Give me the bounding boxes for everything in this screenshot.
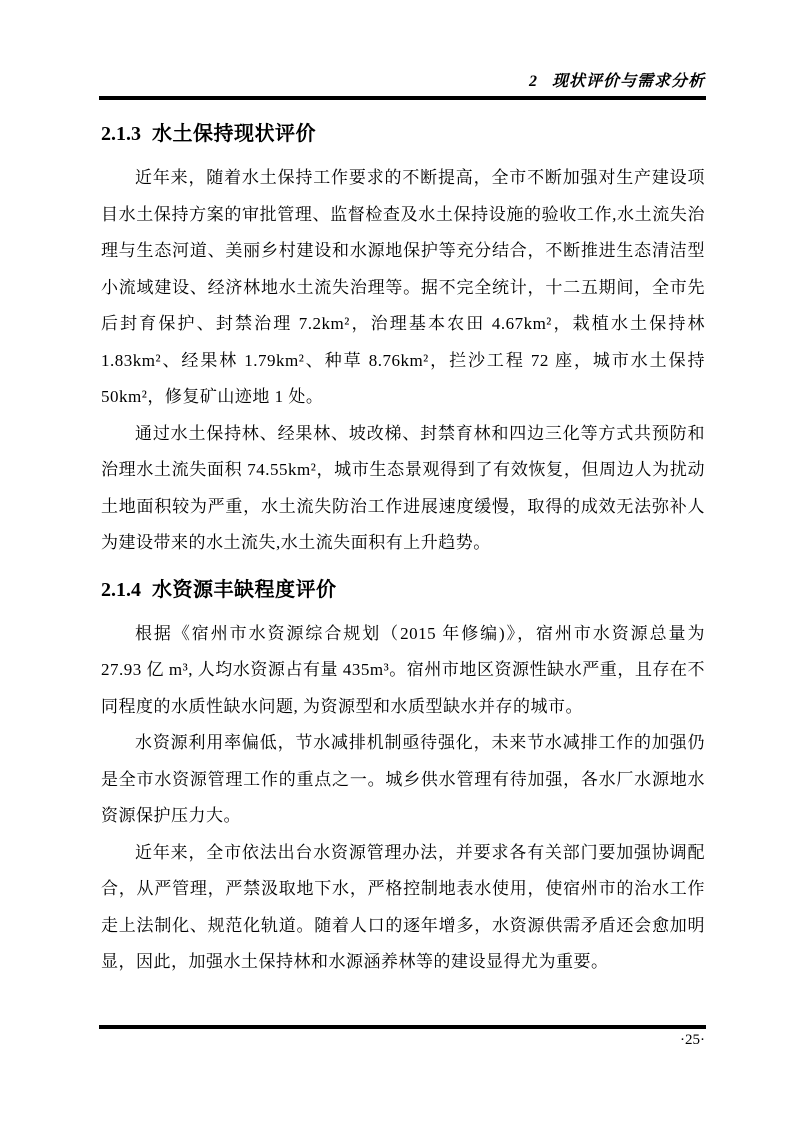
section-number: 2.1.3 [101, 123, 141, 145]
paragraph-water-resources-1: 根据《宿州市水资源综合规划（2015 年修编)》，宿州市水资源总量为 27.93… [101, 616, 705, 726]
paragraph-soil-conservation-1: 近年来，随着水土保持工作要求的不断提高，全市不断加强对生产建设项目水土保持方案的… [101, 160, 705, 416]
paragraph-soil-conservation-2: 通过水土保持林、经果林、坡改梯、封禁育林和四边三化等方式共预防和治理水土流失面积… [101, 416, 705, 562]
page-header: 2现状评价与需求分析 [100, 72, 705, 92]
footer-rule [99, 1025, 706, 1029]
section-heading-2-1-3: 2.1.3水土保持现状评价 [101, 120, 705, 148]
page-footer: ·25· [100, 1031, 705, 1050]
header-chapter-number: 2 [529, 73, 538, 90]
paragraph-water-resources-2: 水资源利用率偏低，节水减排机制亟待强化，未来节水减排工作的加强仍是全市水资源管理… [101, 725, 705, 835]
section-title: 水土保持现状评价 [152, 123, 316, 145]
header-rule [99, 96, 706, 100]
paragraph-water-resources-3: 近年来，全市依法出台水资源管理办法，并要求各有关部门要加强协调配合，从严管理，严… [101, 835, 705, 981]
section-title: 水资源丰缺程度评价 [152, 579, 337, 601]
header-chapter-title: 现状评价与需求分析 [552, 73, 705, 90]
document-body: 2.1.3水土保持现状评价 近年来，随着水土保持工作要求的不断提高，全市不断加强… [101, 120, 705, 981]
document-page: 2现状评价与需求分析 2.1.3水土保持现状评价 近年来，随着水土保持工作要求的… [0, 0, 793, 1122]
section-heading-2-1-4: 2.1.4水资源丰缺程度评价 [101, 576, 705, 604]
section-number: 2.1.4 [101, 579, 141, 601]
page-number: ·25· [680, 1032, 705, 1048]
